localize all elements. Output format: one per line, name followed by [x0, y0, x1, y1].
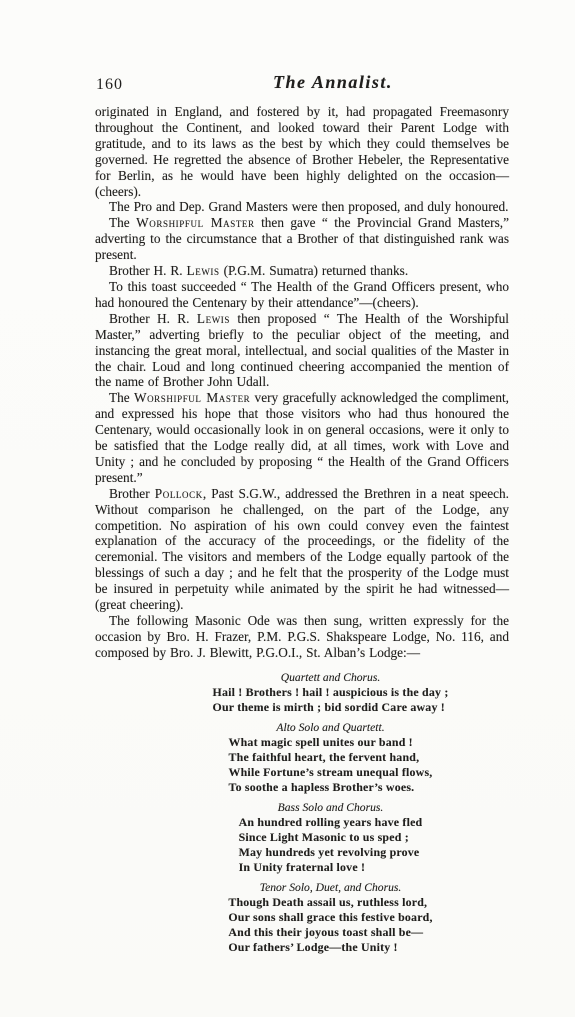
- verse-line: The faithful heart, the fervent hand,: [229, 750, 433, 765]
- paragraph: Brother Pollock, Past S.G.W., addressed …: [95, 486, 509, 613]
- verse-line: What magic spell unites our band !: [229, 735, 433, 750]
- verse-line: Our sons shall grace this festive board,: [228, 910, 432, 925]
- stanza-heading: Tenor Solo, Duet, and Chorus.: [152, 880, 509, 895]
- body-paragraphs: originated in England, and fostered by i…: [95, 104, 509, 661]
- paragraph: The following Masonic Ode was then sung,…: [95, 613, 509, 661]
- ode-stanza: Tenor Solo, Duet, and Chorus.Though Deat…: [152, 880, 509, 956]
- verse-line: While Fortune’s stream unequal flows,: [229, 765, 433, 780]
- small-caps-name: Pollock: [155, 486, 203, 501]
- ode-stanza: Bass Solo and Chorus.An hundred rolling …: [152, 800, 509, 876]
- verse-line: Our fathers’ Lodge—the Unity !: [228, 940, 432, 955]
- paragraph: To this toast succeeded “ The Health of …: [95, 279, 509, 311]
- paragraph: Brother H. R. Lewis then proposed “ The …: [95, 311, 509, 391]
- small-caps-name: Worshipful Master: [136, 215, 255, 230]
- text-column: originated in England, and fostered by i…: [95, 104, 509, 960]
- text-run: originated in England, and fostered by i…: [95, 104, 509, 199]
- page-number: 160: [96, 76, 123, 94]
- text-run: To this toast succeeded “ The Health of …: [95, 279, 509, 310]
- small-caps-name: Lewis: [187, 263, 220, 278]
- ode-stanzas: Quartett and Chorus.Hail ! Brothers ! ha…: [152, 670, 509, 956]
- text-run: Brother H. R.: [109, 263, 187, 278]
- stanza-heading: Quartett and Chorus.: [152, 670, 509, 685]
- ode-stanza: Quartett and Chorus.Hail ! Brothers ! ha…: [152, 670, 509, 716]
- paragraph: The Worshipful Master then gave “ the Pr…: [95, 215, 509, 263]
- stanza-heading: Alto Solo and Quartett.: [152, 720, 509, 735]
- masonic-ode: Quartett and Chorus.Hail ! Brothers ! ha…: [95, 670, 509, 956]
- paragraph: Brother H. R. Lewis (P.G.M. Sumatra) ret…: [95, 263, 509, 279]
- paragraph: The Pro and Dep. Grand Masters were then…: [95, 199, 509, 215]
- stanza-lines: Hail ! Brothers ! hail ! auspicious is t…: [213, 685, 449, 715]
- text-run: The: [109, 215, 136, 230]
- verse-line: And this their joyous toast shall be—: [228, 925, 432, 940]
- stanza-lines: An hundred rolling years have fledSince …: [239, 815, 423, 875]
- small-caps-name: Lewis: [197, 311, 230, 326]
- stanza-lines: What magic spell unites our band !The fa…: [229, 735, 433, 795]
- text-run: Brother H. R.: [109, 311, 197, 326]
- text-run: , Past S.G.W., addressed the Brethren in…: [95, 486, 509, 612]
- small-caps-name: Worshipful Master: [134, 390, 250, 405]
- verse-line: Since Light Masonic to us sped ;: [239, 830, 423, 845]
- text-run: The following Masonic Ode was then sung,…: [95, 613, 509, 660]
- ode-stanza: Alto Solo and Quartett.What magic spell …: [152, 720, 509, 796]
- text-run: Brother: [109, 486, 155, 501]
- verse-line: Though Death assail us, ruthless lord,: [228, 895, 432, 910]
- text-run: (P.G.M. Sumatra) returned thanks.: [220, 263, 409, 278]
- verse-line: An hundred rolling years have fled: [239, 815, 423, 830]
- paragraph: originated in England, and fostered by i…: [95, 104, 509, 199]
- paragraph: The Worshipful Master very gracefully ac…: [95, 390, 509, 485]
- verse-line: In Unity fraternal love !: [239, 860, 423, 875]
- verse-line: Our theme is mirth ; bid sordid Care awa…: [213, 700, 449, 715]
- verse-line: May hundreds yet revolving prove: [239, 845, 423, 860]
- verse-line: Hail ! Brothers ! hail ! auspicious is t…: [213, 685, 449, 700]
- scanned-page: 160 The Annalist. originated in England,…: [0, 0, 575, 1017]
- text-run: The Pro and Dep. Grand Masters were then…: [109, 199, 509, 214]
- stanza-heading: Bass Solo and Chorus.: [152, 800, 509, 815]
- text-run: The: [109, 390, 134, 405]
- stanza-lines: Though Death assail us, ruthless lord,Ou…: [228, 895, 432, 955]
- running-title: The Annalist.: [273, 72, 393, 93]
- verse-line: To soothe a hapless Brother’s woes.: [229, 780, 433, 795]
